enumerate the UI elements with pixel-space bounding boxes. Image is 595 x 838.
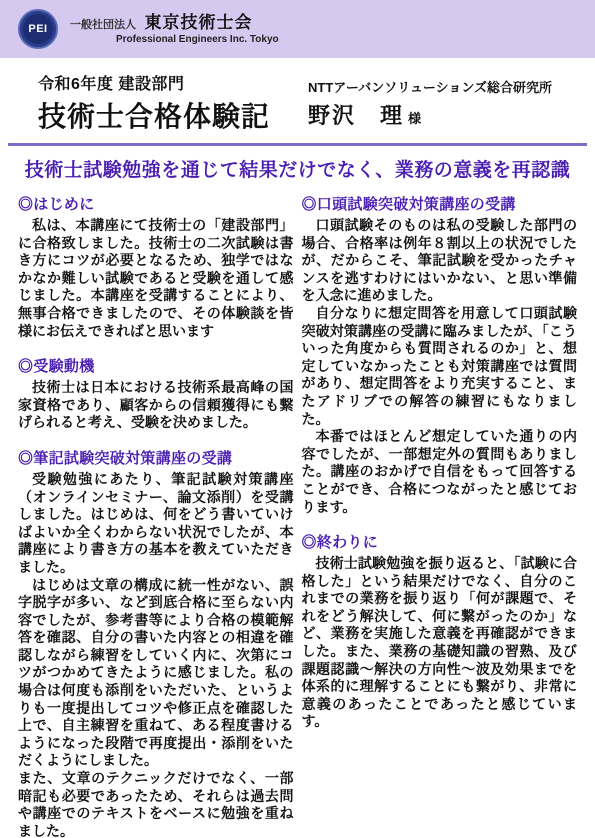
- paragraph: 私は、本講座にて技術士の「建設部門」に合格致しました。技術士の二次試験は書き方に…: [18, 217, 294, 340]
- section-heading-motivation: ◎受験動機: [18, 355, 294, 376]
- organization-name: 東京技術士会: [144, 13, 252, 32]
- headline: 技術士試験勉強を通じて結果だけでなく、業務の意義を再認識: [0, 146, 595, 186]
- paragraph: 口頭試験そのものは私の受験した部門の場合、合格率は例年８割以上の状況でしたが、だ…: [302, 217, 578, 305]
- body-columns: ◎はじめに 私は、本講座にて技術士の「建設部門」に合格致しました。技術士の二次試…: [0, 186, 595, 838]
- organization-block: 一般社団法人 東京技術士会 Professional Engineers Inc…: [70, 13, 279, 46]
- author-block: NTTアーバンソリューションズ総合研究所 野沢 理様: [308, 71, 552, 130]
- section-heading-oral-exam-course: ◎口頭試験突破対策講座の受講: [302, 193, 578, 214]
- section-heading-written-exam-course: ◎筆記試験突破対策講座の受講: [18, 447, 294, 468]
- title-left: 令和6年度 建設部門 技術士合格体験記: [38, 71, 270, 135]
- paragraph: また、文章のテクニックだけでなく、一部暗記も必要であったため、それらは過去問や講…: [18, 770, 294, 838]
- paragraph: 本番ではほとんど想定していた通りの内容でしたが、一部想定外の質問もありました。講…: [302, 428, 578, 516]
- paragraph: はじめは文章の構成に統一性がない、誤字脱字が多い、など到底合格に至らない内容でし…: [18, 577, 294, 771]
- organization-name-en: Professional Engineers Inc. Tokyo: [70, 34, 279, 46]
- header-bar: PEI 一般社団法人 東京技術士会 Professional Engineers…: [0, 0, 595, 58]
- section-heading-hajimeni: ◎はじめに: [18, 193, 294, 214]
- pei-logo-text: PEI: [28, 23, 47, 35]
- document-page: PEI 一般社団法人 東京技術士会 Professional Engineers…: [0, 0, 595, 838]
- author-name: 野沢 理: [308, 103, 404, 128]
- title-year-department: 令和6年度 建設部門: [38, 71, 270, 94]
- paragraph: 受験勉強にあたり、筆記試験対策講座（オンラインセミナー、論文添削）を受講しました…: [18, 471, 294, 577]
- author-name-line: 野沢 理様: [308, 99, 552, 130]
- left-column: ◎はじめに 私は、本講座にて技術士の「建設部門」に合格致しました。技術士の二次試…: [18, 188, 294, 838]
- organization-name-jp: 一般社団法人 東京技術士会: [70, 13, 279, 33]
- paragraph: 技術士は日本における技術系最高峰の国家資格であり、顧客からの信頼獲得にも繋げられ…: [18, 379, 294, 432]
- paragraph: 自分なりに想定問答を用意して口頭試験突破対策講座の受講に臨みましたが、「こういっ…: [302, 305, 578, 428]
- page-title: 技術士合格体験記: [38, 95, 270, 135]
- section-heading-owarini: ◎終わりに: [302, 531, 578, 552]
- title-block: 令和6年度 建設部門 技術士合格体験記 NTTアーバンソリューションズ総合研究所…: [0, 58, 595, 139]
- pei-logo-icon: PEI: [18, 9, 58, 49]
- organization-type: 一般社団法人: [70, 19, 136, 31]
- author-company: NTTアーバンソリューションズ総合研究所: [308, 77, 552, 96]
- author-honorific: 様: [408, 111, 421, 126]
- paragraph: 技術士試験勉強を振り返ると、「試験に合格した」という結果だけでなく、自分のこれま…: [302, 555, 578, 731]
- right-column: ◎口頭試験突破対策講座の受講 口頭試験そのものは私の受験した部門の場合、合格率は…: [302, 188, 578, 838]
